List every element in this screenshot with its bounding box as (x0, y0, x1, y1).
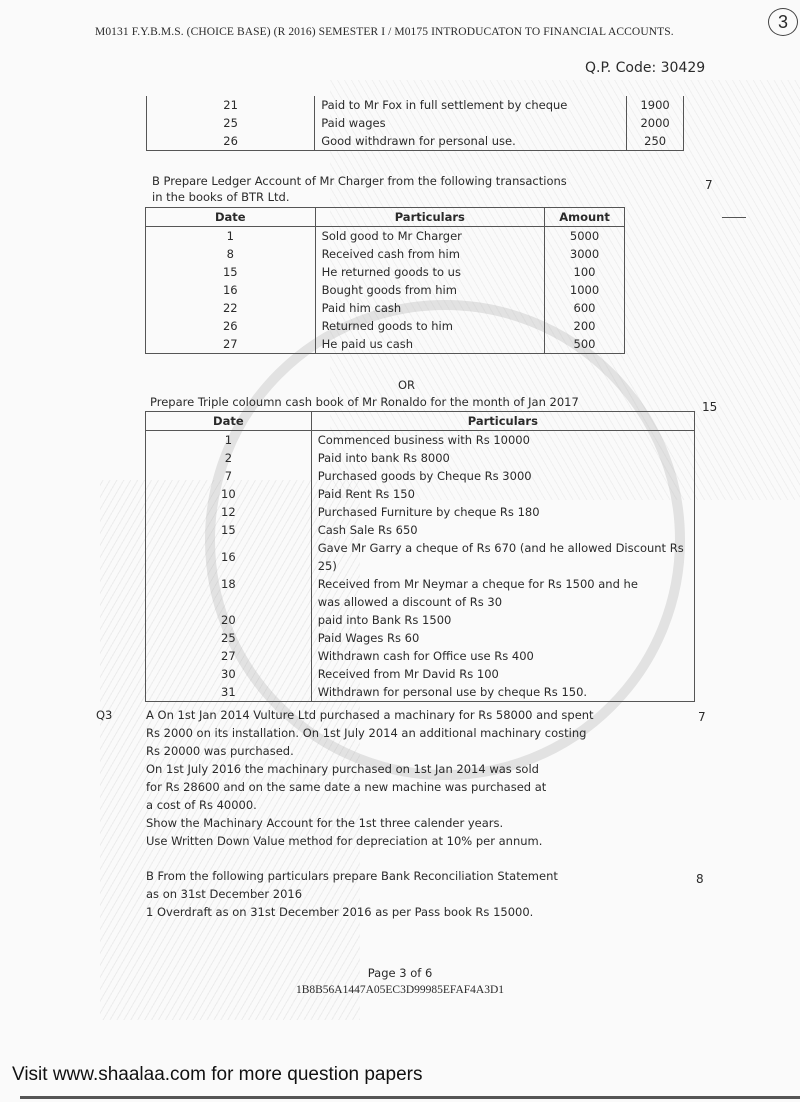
continued-table: 21Paid to Mr Fox in full settlement by c… (146, 96, 684, 151)
table-row: 30Received from Mr David Rs 100 (146, 665, 695, 683)
row-particulars: He returned goods to us (315, 263, 544, 281)
row-date: 18 (146, 575, 312, 593)
row-amount: 250 (627, 132, 684, 151)
row-date: 25 (147, 114, 315, 132)
q3a-line: Rs 2000 on its installation. On 1st July… (146, 724, 594, 742)
row-particulars: Returned goods to him (315, 317, 544, 335)
row-date: 26 (147, 132, 315, 151)
q3b-text: B From the following particulars prepare… (146, 867, 558, 921)
row-particulars: Cash Sale Rs 650 (311, 521, 694, 539)
row-particulars: Received from Mr David Rs 100 (311, 665, 694, 683)
q3a-line: On 1st July 2016 the machinary purchased… (146, 760, 594, 778)
q3a-line: Rs 20000 was purchased. (146, 742, 594, 760)
q2b-marks: 7 (705, 178, 713, 192)
q3a-text: A On 1st Jan 2014 Vulture Ltd purchased … (146, 706, 594, 850)
table-row: 31Withdrawn for personal use by cheque R… (146, 683, 695, 702)
col-date: Date (146, 412, 312, 431)
table-row: 26Returned goods to him200 (146, 317, 625, 335)
promo-link[interactable]: Visit www.shaalaa.com for more question … (12, 1064, 422, 1086)
paper-header: M0131 F.Y.B.M.S. (CHOICE BASE) (R 2016) … (95, 26, 674, 38)
row-date: 27 (146, 647, 312, 665)
page-indicator: Page 3 of 6 (0, 966, 800, 980)
or-label: OR (398, 376, 415, 394)
row-date: 1 (146, 227, 316, 246)
row-particulars: Paid Wages Rs 60 (311, 629, 694, 647)
row-date: 1 (146, 431, 312, 450)
row-amount: 100 (545, 263, 625, 281)
table-row: 10Paid Rent Rs 150 (146, 485, 695, 503)
row-particulars: Gave Mr Garry a cheque of Rs 670 (and he… (311, 539, 694, 575)
page-number-circle: 3 (768, 8, 798, 36)
table-row: 16Bought goods from him1000 (146, 281, 625, 299)
row-particulars: Bought goods from him (315, 281, 544, 299)
table-row: 1Sold good to Mr Charger5000 (146, 227, 625, 246)
row-particulars: Sold good to Mr Charger (315, 227, 544, 246)
row-particulars: Paid to Mr Fox in full settlement by che… (315, 96, 627, 114)
row-date: 16 (146, 281, 316, 299)
q3a-line: a cost of Rs 40000. (146, 796, 594, 814)
q3b-marks: 8 (696, 872, 704, 886)
q3b-line: B From the following particulars prepare… (146, 867, 558, 885)
row-particulars: Withdrawn for personal use by cheque Rs … (311, 683, 694, 702)
row-date (146, 593, 312, 611)
row-amount: 5000 (545, 227, 625, 246)
table-row: 20paid into Bank Rs 1500 (146, 611, 695, 629)
q3-label: Q3 (96, 706, 112, 724)
row-date: 27 (146, 335, 316, 354)
row-date: 15 (146, 521, 312, 539)
row-particulars: He paid us cash (315, 335, 544, 354)
row-particulars: Paid him cash (315, 299, 544, 317)
row-particulars: Withdrawn cash for Office use Rs 400 (311, 647, 694, 665)
col-date: Date (146, 208, 316, 227)
table-row: 15He returned goods to us100 (146, 263, 625, 281)
row-date: 8 (146, 245, 316, 263)
table-row: 8Received cash from him3000 (146, 245, 625, 263)
row-amount: 1000 (545, 281, 625, 299)
table-row: was allowed a discount of Rs 30 (146, 593, 695, 611)
row-particulars: paid into Bank Rs 1500 (311, 611, 694, 629)
row-date: 31 (146, 683, 312, 702)
table-row: 1Commenced business with Rs 10000 (146, 431, 695, 450)
table-row: 22Paid him cash600 (146, 299, 625, 317)
cashbook-table: Date Particulars 1Commenced business wit… (145, 411, 695, 702)
q3b-line: as on 31st December 2016 (146, 885, 558, 903)
row-date: 16 (146, 539, 312, 575)
table-row: 7Purchased goods by Cheque Rs 3000 (146, 467, 695, 485)
q3a-line: Use Written Down Value method for deprec… (146, 832, 594, 850)
row-particulars: Commenced business with Rs 10000 (311, 431, 694, 450)
row-particulars: Paid wages (315, 114, 627, 132)
row-date: 25 (146, 629, 312, 647)
qp-code: Q.P. Code: 30429 (585, 60, 705, 76)
row-date: 21 (147, 96, 315, 114)
q3a-line: for Rs 28600 and on the same date a new … (146, 778, 594, 796)
q3a-line: A On 1st Jan 2014 Vulture Ltd purchased … (146, 706, 594, 724)
row-particulars: Received cash from him (315, 245, 544, 263)
q3a-line: Show the Machinary Account for the 1st t… (146, 814, 594, 832)
row-date: 7 (146, 467, 312, 485)
col-particulars: Particulars (315, 208, 544, 227)
cashbook-marks: 15 (702, 400, 717, 414)
ledger-table: Date Particulars Amount 1Sold good to Mr… (145, 207, 625, 354)
row-particulars: Paid into bank Rs 8000 (311, 449, 694, 467)
row-particulars: Purchased goods by Cheque Rs 3000 (311, 467, 694, 485)
row-date: 30 (146, 665, 312, 683)
table-row: 16Gave Mr Garry a cheque of Rs 670 (and … (146, 539, 695, 575)
row-date: 12 (146, 503, 312, 521)
table-row: 12Purchased Furniture by cheque Rs 180 (146, 503, 695, 521)
row-amount: 1900 (627, 96, 684, 114)
table-row: 25Paid wages2000 (147, 114, 684, 132)
table-row: 26Good withdrawn for personal use.250 (147, 132, 684, 151)
row-particulars: Purchased Furniture by cheque Rs 180 (311, 503, 694, 521)
row-particulars: Good withdrawn for personal use. (315, 132, 627, 151)
row-date: 26 (146, 317, 316, 335)
q2b-line2: in the books of BTR Ltd. (152, 188, 290, 206)
table-row: 27Withdrawn cash for Office use Rs 400 (146, 647, 695, 665)
row-date: 2 (146, 449, 312, 467)
row-amount: 200 (545, 317, 625, 335)
row-particulars: was allowed a discount of Rs 30 (311, 593, 694, 611)
row-amount: 500 (545, 335, 625, 354)
scan-edge (20, 1096, 800, 1099)
col-amount: Amount (545, 208, 625, 227)
margin-dash (722, 217, 746, 218)
table-row: 2Paid into bank Rs 8000 (146, 449, 695, 467)
row-amount: 2000 (627, 114, 684, 132)
table-row: 27He paid us cash500 (146, 335, 625, 354)
row-date: 10 (146, 485, 312, 503)
exam-page: M0131 F.Y.B.M.S. (CHOICE BASE) (R 2016) … (0, 0, 800, 1102)
row-date: 15 (146, 263, 316, 281)
q3b-line: 1 Overdraft as on 31st December 2016 as … (146, 903, 558, 921)
q3a-marks: 7 (698, 710, 706, 724)
col-particulars: Particulars (311, 412, 694, 431)
cashbook-title: Prepare Triple coloumn cash book of Mr R… (150, 393, 579, 411)
row-particulars: Received from Mr Neymar a cheque for Rs … (311, 575, 694, 593)
table-row: 25Paid Wages Rs 60 (146, 629, 695, 647)
row-particulars: Paid Rent Rs 150 (311, 485, 694, 503)
table-row: 21Paid to Mr Fox in full settlement by c… (147, 96, 684, 114)
row-amount: 3000 (545, 245, 625, 263)
document-code: 1B8B56A1447A05EC3D99985EFAF4A3D1 (0, 984, 800, 996)
row-date: 20 (146, 611, 312, 629)
row-amount: 600 (545, 299, 625, 317)
table-row: 15Cash Sale Rs 650 (146, 521, 695, 539)
table-row: 18Received from Mr Neymar a cheque for R… (146, 575, 695, 593)
row-date: 22 (146, 299, 316, 317)
